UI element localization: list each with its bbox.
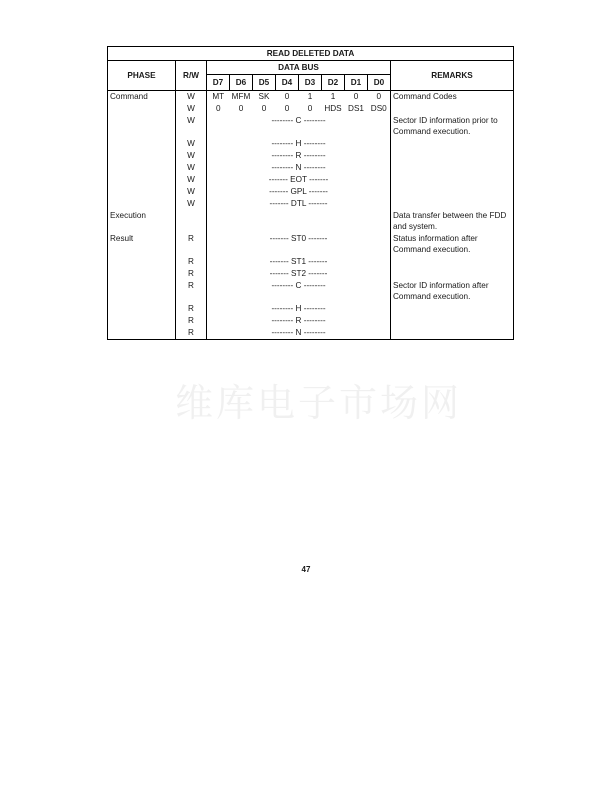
phase-cell: [108, 315, 176, 327]
bit-cell: 0: [253, 103, 276, 115]
header-remarks: REMARKS: [391, 61, 514, 91]
data-bus-span-cell: -------- C --------: [207, 280, 391, 303]
bit-cell: MT: [207, 91, 230, 104]
table-row: R------- ST1 -------: [108, 256, 514, 268]
phase-cell: [108, 162, 176, 174]
header-bit: D4: [276, 75, 299, 91]
header-bit: D6: [230, 75, 253, 91]
phase-cell: [108, 256, 176, 268]
remarks-cell: Status information after Command executi…: [391, 233, 514, 256]
data-bus-span-cell: ------- ST0 -------: [207, 233, 391, 256]
table-row: R-------- H --------: [108, 303, 514, 315]
table-row: W------- DTL -------: [108, 198, 514, 210]
bit-cell: 0: [230, 103, 253, 115]
table-row: R-------- C --------Sector ID informatio…: [108, 280, 514, 303]
bit-cell: 0: [345, 91, 368, 104]
data-bus-span-cell: ------- ST2 -------: [207, 268, 391, 280]
remarks-cell: Command Codes: [391, 91, 514, 104]
bit-cell: 0: [276, 91, 299, 104]
bit-cell: SK: [253, 91, 276, 104]
remarks-cell: [391, 256, 514, 268]
data-bus-span-cell: ------- EOT -------: [207, 174, 391, 186]
read-deleted-data-table: READ DELETED DATA PHASE R/W DATA BUS REM…: [107, 46, 514, 340]
table-row: CommandWMTMFMSK01100Command Codes: [108, 91, 514, 104]
header-bit: D3: [299, 75, 322, 91]
header-bit: D7: [207, 75, 230, 91]
data-bus-span-cell: -------- N --------: [207, 162, 391, 174]
watermark: 维库电子市场网: [175, 372, 462, 427]
rw-cell: W: [176, 150, 207, 162]
table-row: W------- EOT -------: [108, 174, 514, 186]
rw-cell: R: [176, 280, 207, 303]
bit-cell: DS0: [368, 103, 391, 115]
phase-cell: [108, 138, 176, 150]
remarks-cell: Data transfer between the FDD and system…: [391, 210, 514, 233]
data-bus-span-cell: [207, 210, 391, 233]
phase-cell: [108, 150, 176, 162]
data-bus-span-cell: -------- C --------: [207, 115, 391, 138]
page-number: 47: [0, 565, 612, 574]
bit-cell: 1: [299, 91, 322, 104]
remarks-cell: [391, 303, 514, 315]
data-bus-span-cell: -------- R --------: [207, 315, 391, 327]
header-bit: D2: [322, 75, 345, 91]
bit-cell: DS1: [345, 103, 368, 115]
table-row: ExecutionData transfer between the FDD a…: [108, 210, 514, 233]
phase-cell: Execution: [108, 210, 176, 233]
remarks-cell: [391, 315, 514, 327]
remarks-cell: [391, 198, 514, 210]
table-row: R------- ST2 -------: [108, 268, 514, 280]
phase-cell: [108, 103, 176, 115]
table-row: R-------- R --------: [108, 315, 514, 327]
phase-cell: [108, 268, 176, 280]
bit-cell: HDS: [322, 103, 345, 115]
header-data-bus: DATA BUS: [207, 61, 391, 75]
rw-cell: W: [176, 198, 207, 210]
phase-cell: [108, 327, 176, 340]
table-row: W-------- C --------Sector ID informatio…: [108, 115, 514, 138]
remarks-cell: [391, 174, 514, 186]
table-row: W-------- N --------: [108, 162, 514, 174]
rw-cell: R: [176, 327, 207, 340]
data-bus-span-cell: -------- N --------: [207, 327, 391, 340]
phase-cell: [108, 303, 176, 315]
data-bus-span-cell: -------- R --------: [207, 150, 391, 162]
rw-cell: W: [176, 138, 207, 150]
rw-cell: W: [176, 103, 207, 115]
bit-cell: 0: [207, 103, 230, 115]
bit-cell: 1: [322, 91, 345, 104]
table-row: W00000HDSDS1DS0: [108, 103, 514, 115]
table-row: ResultR------- ST0 -------Status informa…: [108, 233, 514, 256]
remarks-cell: Sector ID information prior to Command e…: [391, 115, 514, 138]
rw-cell: W: [176, 174, 207, 186]
phase-cell: [108, 174, 176, 186]
remarks-cell: [391, 138, 514, 150]
bit-cell: MFM: [230, 91, 253, 104]
phase-cell: Result: [108, 233, 176, 256]
phase-cell: [108, 280, 176, 303]
remarks-cell: [391, 162, 514, 174]
rw-cell: [176, 210, 207, 233]
table-row: W-------- R --------: [108, 150, 514, 162]
header-rw: R/W: [176, 61, 207, 91]
phase-cell: [108, 198, 176, 210]
remarks-cell: [391, 186, 514, 198]
header-bit: D0: [368, 75, 391, 91]
table-row: R-------- N --------: [108, 327, 514, 340]
phase-cell: [108, 115, 176, 138]
rw-cell: R: [176, 315, 207, 327]
remarks-cell: [391, 268, 514, 280]
bit-cell: 0: [299, 103, 322, 115]
rw-cell: W: [176, 186, 207, 198]
rw-cell: R: [176, 256, 207, 268]
header-bit: D5: [253, 75, 276, 91]
header-phase: PHASE: [108, 61, 176, 91]
rw-cell: R: [176, 303, 207, 315]
rw-cell: R: [176, 233, 207, 256]
header-bit: D1: [345, 75, 368, 91]
remarks-cell: [391, 327, 514, 340]
table-row: W-------- H --------: [108, 138, 514, 150]
data-bus-span-cell: -------- H --------: [207, 303, 391, 315]
table-row: W------- GPL -------: [108, 186, 514, 198]
phase-cell: Command: [108, 91, 176, 104]
remarks-cell: [391, 103, 514, 115]
data-bus-span-cell: ------- DTL -------: [207, 198, 391, 210]
rw-cell: W: [176, 162, 207, 174]
data-bus-span-cell: ------- ST1 -------: [207, 256, 391, 268]
remarks-cell: [391, 150, 514, 162]
phase-cell: [108, 186, 176, 198]
remarks-cell: Sector ID information after Command exec…: [391, 280, 514, 303]
table-title: READ DELETED DATA: [108, 47, 514, 61]
data-bus-span-cell: -------- H --------: [207, 138, 391, 150]
rw-cell: R: [176, 268, 207, 280]
bit-cell: 0: [368, 91, 391, 104]
data-bus-span-cell: ------- GPL -------: [207, 186, 391, 198]
table-body: CommandWMTMFMSK01100Command CodesW00000H…: [108, 91, 514, 340]
bit-cell: 0: [276, 103, 299, 115]
rw-cell: W: [176, 115, 207, 138]
rw-cell: W: [176, 91, 207, 104]
